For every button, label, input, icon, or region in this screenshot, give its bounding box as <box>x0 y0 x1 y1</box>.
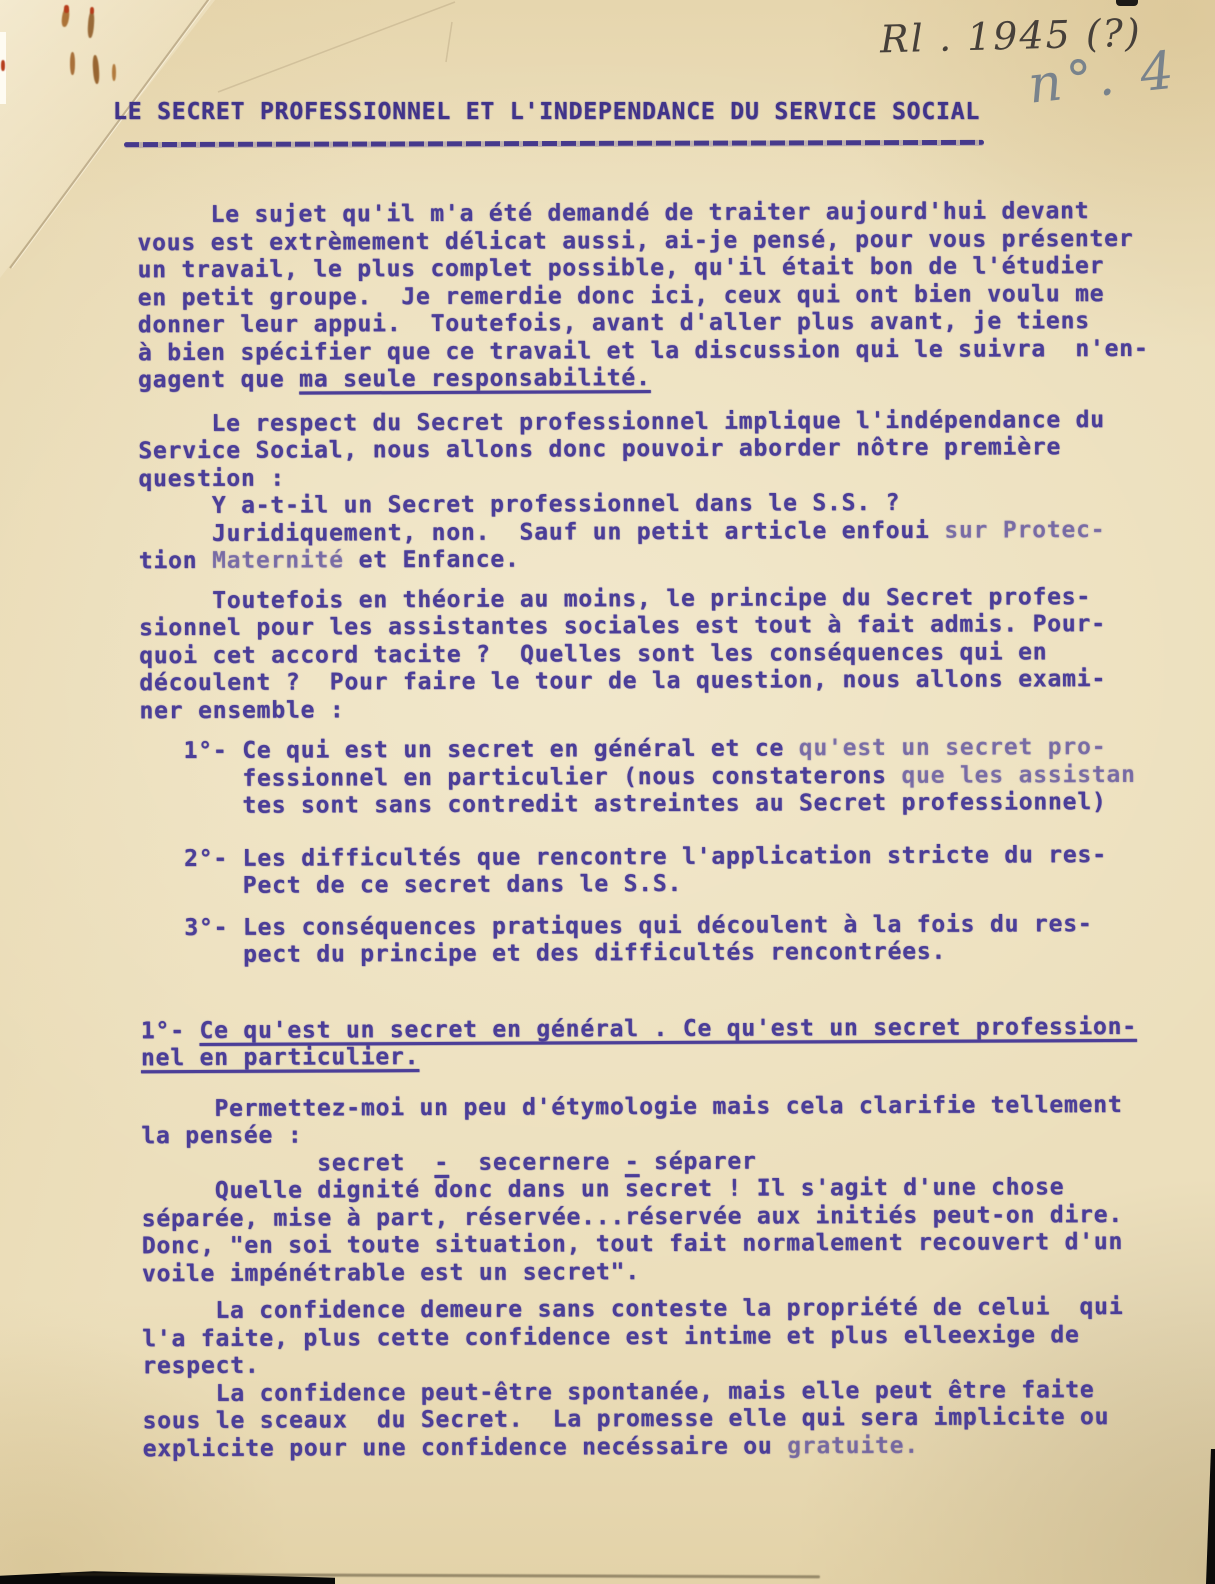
text-line: pect du principe et des difficultés renc… <box>140 938 1170 970</box>
paragraph-respect: Le respect du Secret professionnel impli… <box>138 406 1169 575</box>
paragraph-confidence: La confidence demeure sans conteste la p… <box>142 1294 1173 1463</box>
text-line: tion Maternité et Enfance. <box>139 544 1169 576</box>
underlined-text: Ce qu'est un secret en général . Ce qu'e… <box>199 1013 1137 1043</box>
title-underline-rule <box>124 140 984 147</box>
underlined-text: - <box>625 1149 640 1175</box>
red-mark <box>64 5 69 13</box>
underlined-text: nel en particulier. <box>141 1044 419 1071</box>
paragraph-intro: Le sujet qu'il m'a été demandé de traite… <box>137 198 1168 395</box>
text-line: gagent que ma seule responsabilité. <box>138 363 1168 395</box>
text-line: découlent ? Pour faire le tour de la que… <box>139 666 1169 698</box>
text-line: 1°- Ce qu'est un secret en général . Ce … <box>141 1013 1171 1045</box>
list-item-3: 3°- Les conséquences pratiques qui décou… <box>140 910 1170 969</box>
faded-text: qu'est un secret pro- <box>799 734 1107 761</box>
list-item-2: 2°- Les difficultés que rencontre l'appl… <box>140 841 1170 900</box>
faded-text: sur Protec- <box>944 517 1105 544</box>
document-body: Le sujet qu'il m'a été demandé de traite… <box>137 198 1172 1463</box>
rust-stain <box>70 52 75 75</box>
text-line: Service Social, nous allons donc pouvoir… <box>138 434 1168 466</box>
faded-text: que les assistan <box>901 761 1135 788</box>
paragraph-etymologie: Permettez-moi un peu d'étymologie mais c… <box>141 1091 1172 1288</box>
red-mark <box>1 60 5 71</box>
text-line: 2°- Les difficultés que rencontre l'appl… <box>140 841 1170 873</box>
red-mark <box>90 7 94 14</box>
text-line: sous le sceaux du Secret. La promesse el… <box>143 1404 1173 1436</box>
scanned-document-page: { "page": { "title": "LE SECRET PROFESSI… <box>0 0 1215 1584</box>
document-title: LE SECRET PROFESSIONNEL ET L'INDEPENDANC… <box>113 99 980 125</box>
text-line: Pect de ce secret dans le S.S. <box>140 869 1170 901</box>
text-line: 3°- Les conséquences pratiques qui décou… <box>140 910 1170 942</box>
scan-edge-bottom-right <box>1206 1449 1215 1584</box>
scan-edge-top-right <box>1116 0 1138 6</box>
text-line: nel en particulier. <box>141 1041 1171 1073</box>
underlined-text: - <box>434 1149 449 1175</box>
text-line: à bien spécifier que ce travail et la di… <box>138 335 1168 367</box>
underlined-text: ma seule responsabilité. <box>299 365 651 393</box>
scan-edge-bottom-left <box>0 1569 335 1584</box>
text-line: ner ensemble : <box>139 693 1169 725</box>
faded-text: Maternité <box>212 547 344 574</box>
text-line: explicite pour une confidence necéssaire… <box>143 1431 1173 1463</box>
paragraph-toutefois: Toutefois en théorie au moins, le princi… <box>139 583 1170 725</box>
text-line: Donc, "en soi toute situation, tout fait… <box>142 1229 1172 1261</box>
text-line: voile impénétrable est un secret". <box>142 1256 1172 1288</box>
faded-text: gratuite. <box>787 1432 919 1459</box>
list-item-1: 1°- Ce qui est un secret en général et c… <box>140 734 1170 821</box>
section-heading: 1°- Ce qu'est un secret en général . Ce … <box>141 1013 1171 1072</box>
text-line: Permettez-moi un peu d'étymologie mais c… <box>141 1091 1171 1123</box>
text-line: l'a faite, plus cette confidence est int… <box>142 1321 1172 1353</box>
rust-stain <box>112 64 116 81</box>
text-line: Juridiquement, non. Sauf un petit articl… <box>139 516 1169 548</box>
text-line: tes sont sans contredit astreintes au Se… <box>140 789 1170 821</box>
paper-sheet: Rl . 1945 (?) n°. 4 LE SECRET PROFESSION… <box>0 0 1215 1584</box>
